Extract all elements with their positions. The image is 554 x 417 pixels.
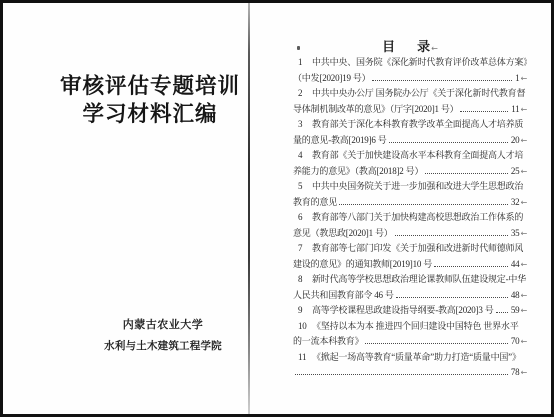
toc-dot-leader	[295, 374, 508, 375]
toc-entry-number: 9	[293, 303, 312, 319]
paragraph-mark-icon: ←	[520, 71, 527, 87]
paragraph-mark-icon: ←	[520, 334, 527, 350]
toc-line: 6 教育部等八部门关于加快构建高校思想政治工作体系的	[293, 210, 527, 226]
toc-entry-text: 教育部关于深化本科教育教学改革全面提高人才培养质	[312, 117, 523, 133]
toc-entry-number: 7	[293, 241, 312, 257]
toc-entry-number: 8	[293, 272, 312, 288]
toc-entry-text: 新时代高等学校思想政治理论课教师队伍建设规定-中华	[312, 272, 526, 288]
toc-page-number: 32	[511, 195, 520, 211]
toc-dot-leader	[496, 312, 508, 313]
scanned-document-spread: 审核评估专题培训 学习材料汇编 内蒙古农业大学 水利与土木建筑工程学院 目录← …	[0, 0, 554, 417]
toc-entry-text: 导体制机制改革的意见》（厅字[2020]1 号）	[293, 102, 458, 118]
toc-entry-number: 6	[293, 210, 312, 226]
toc-dot-leader	[434, 266, 508, 267]
toc-entry-text: 教育部等八部门关于加快构建高校思想政治工作体系的	[312, 210, 523, 226]
paragraph-mark-icon: ←	[520, 226, 527, 242]
paragraph-mark-icon: ←	[520, 102, 527, 118]
toc-line: 11 《掀起一场高等教育“质量革命”助力打造“质量中国”》	[293, 350, 527, 366]
toc-page-number: 1	[515, 71, 519, 87]
toc-line: 5 中共中央国务院关于进一步加强和改进大学生思想政治	[293, 179, 527, 195]
toc-entry-text: 中共中央办公厅 国务院办公厅《关于深化新时代教育督	[312, 86, 525, 102]
toc-entry-text: 中共中央、国务院《深化新时代教育评价改革总体方案》	[312, 55, 527, 71]
toc-title-char1: 目	[382, 39, 395, 54]
toc-entry-text: （中发[2020]19 号）	[293, 71, 370, 87]
toc-page-number: 48	[511, 288, 520, 304]
toc-line: 78 ←	[293, 365, 527, 381]
cover-organization: 内蒙古农业大学 水利与土木建筑工程学院	[104, 315, 222, 357]
toc-page-number: 70	[511, 334, 520, 350]
paragraph-mark-icon: ←	[520, 164, 527, 180]
toc-line: 10 《坚持以本为本 推进四个回归建设中国特色 世界水平	[293, 319, 527, 335]
toc-dot-leader	[425, 173, 508, 174]
toc-entry-text: 《掀起一场高等教育“质量革命”助力打造“质量中国”》	[312, 350, 521, 366]
cover-title-line1: 审核评估专题培训	[60, 72, 240, 100]
toc-line: 教育的意见 32 ←	[293, 195, 527, 211]
toc-line: 导体制机制改革的意见》（厅字[2020]1 号） 11 ←	[293, 102, 527, 118]
toc-entry-text: 养能力的意见》（教高[2018]2 号）	[293, 164, 423, 180]
page-fold-divider	[248, 3, 250, 414]
toc-entry-text: 高等学校课程思政建设指导纲要-教高[2020]3 号	[312, 303, 494, 319]
toc-page-number: 78	[511, 365, 520, 381]
toc-page-number: 35	[511, 226, 520, 242]
toc-line: 4 教育部《关于加快建设高水平本科教育全面提高人才培	[293, 148, 527, 164]
paragraph-mark-icon: ←	[520, 133, 527, 149]
toc-entry-text: 中共中央国务院关于进一步加强和改进大学生思想政治	[312, 179, 523, 195]
toc-page-number: 44	[511, 257, 520, 273]
toc-entry-number: 2	[293, 86, 312, 102]
toc-page-number: 11	[511, 102, 519, 118]
toc-entry-text: 人民共和国教育部令 46 号	[293, 288, 394, 304]
toc-line: （中发[2020]19 号） 1 ←	[293, 71, 527, 87]
cover-title-line2: 学习材料汇编	[60, 100, 240, 128]
toc-entry-text: 量的意见-教高[2019]6 号	[293, 133, 387, 149]
toc-dot-leader	[460, 111, 508, 112]
toc-entry-number: 4	[293, 148, 312, 164]
toc-line: 8 新时代高等学校思想政治理论课教师队伍建设规定-中华	[293, 272, 527, 288]
right-page-toc: 目录← 1 中共中央、国务院《深化新时代教育评价改革总体方案》 （中发[2020…	[293, 39, 527, 381]
toc-title-char2: 录	[417, 39, 430, 54]
paragraph-mark-icon: ←	[520, 257, 527, 273]
paragraph-mark-icon: ←	[520, 303, 527, 319]
toc-dot-leader	[395, 235, 508, 236]
toc-dot-leader	[389, 142, 508, 143]
toc-entry-number: 11	[293, 350, 312, 366]
toc-entry-number: 10	[293, 319, 312, 335]
toc-dot-leader	[365, 343, 507, 344]
toc-entry-text: 意见（教思政[2020]1 号）	[293, 226, 393, 242]
toc-page-number: 20	[511, 133, 520, 149]
university-name: 内蒙古农业大学	[104, 315, 222, 336]
toc-line: 7 教育部等七部门印发《关于加强和改进新时代师德师风	[293, 241, 527, 257]
toc-title: 目录←	[293, 39, 527, 55]
college-name: 水利与土木建筑工程学院	[104, 336, 222, 357]
toc-entry-number: 1	[293, 55, 312, 71]
paragraph-mark-icon: ←	[520, 288, 527, 304]
toc-entry-number: 3	[293, 117, 312, 133]
toc-entry-text: 教育部等七部门印发《关于加强和改进新时代师德师风	[312, 241, 523, 257]
toc-line: 建设的意见》的通知教师[2019]10 号 44 ←	[293, 257, 527, 273]
toc-page-number: 59	[511, 303, 520, 319]
toc-entry-number: 5	[293, 179, 312, 195]
toc-line: 意见（教思政[2020]1 号） 35 ←	[293, 226, 527, 242]
toc-line: 1 中共中央、国务院《深化新时代教育评价改革总体方案》	[293, 55, 527, 71]
toc-dot-leader	[372, 80, 512, 81]
paragraph-mark-icon: ←	[520, 365, 527, 381]
toc-entry-text: 的一流本科教育》	[293, 334, 363, 350]
toc-line: 2 中共中央办公厅 国务院办公厅《关于深化新时代教育督	[293, 86, 527, 102]
toc-line: 9 高等学校课程思政建设指导纲要-教高[2020]3 号 59 ←	[293, 303, 527, 319]
paragraph-mark-icon: ←	[520, 195, 527, 211]
toc-entries: 1 中共中央、国务院《深化新时代教育评价改革总体方案》 （中发[2020]19 …	[293, 55, 527, 381]
toc-entry-text: 建设的意见》的通知教师[2019]10 号	[293, 257, 432, 273]
toc-line: 养能力的意见》（教高[2018]2 号） 25 ←	[293, 164, 527, 180]
toc-entry-text: 教育的意见	[293, 195, 337, 211]
toc-dot-leader	[396, 297, 508, 298]
toc-dot-leader	[339, 204, 508, 205]
toc-line: 的一流本科教育》 70 ←	[293, 334, 527, 350]
toc-line: 量的意见-教高[2019]6 号 20 ←	[293, 133, 527, 149]
toc-entry-text: 教育部《关于加快建设高水平本科教育全面提高人才培	[312, 148, 523, 164]
toc-entry-text: 《坚持以本为本 推进四个回归建设中国特色 世界水平	[312, 319, 519, 335]
toc-line: 3 教育部关于深化本科教育教学改革全面提高人才培养质	[293, 117, 527, 133]
cover-title: 审核评估专题培训 学习材料汇编	[60, 72, 240, 128]
toc-page-number: 25	[511, 164, 520, 180]
paragraph-mark-icon: ←	[431, 44, 438, 53]
toc-line: 人民共和国教育部令 46 号 48 ←	[293, 288, 527, 304]
